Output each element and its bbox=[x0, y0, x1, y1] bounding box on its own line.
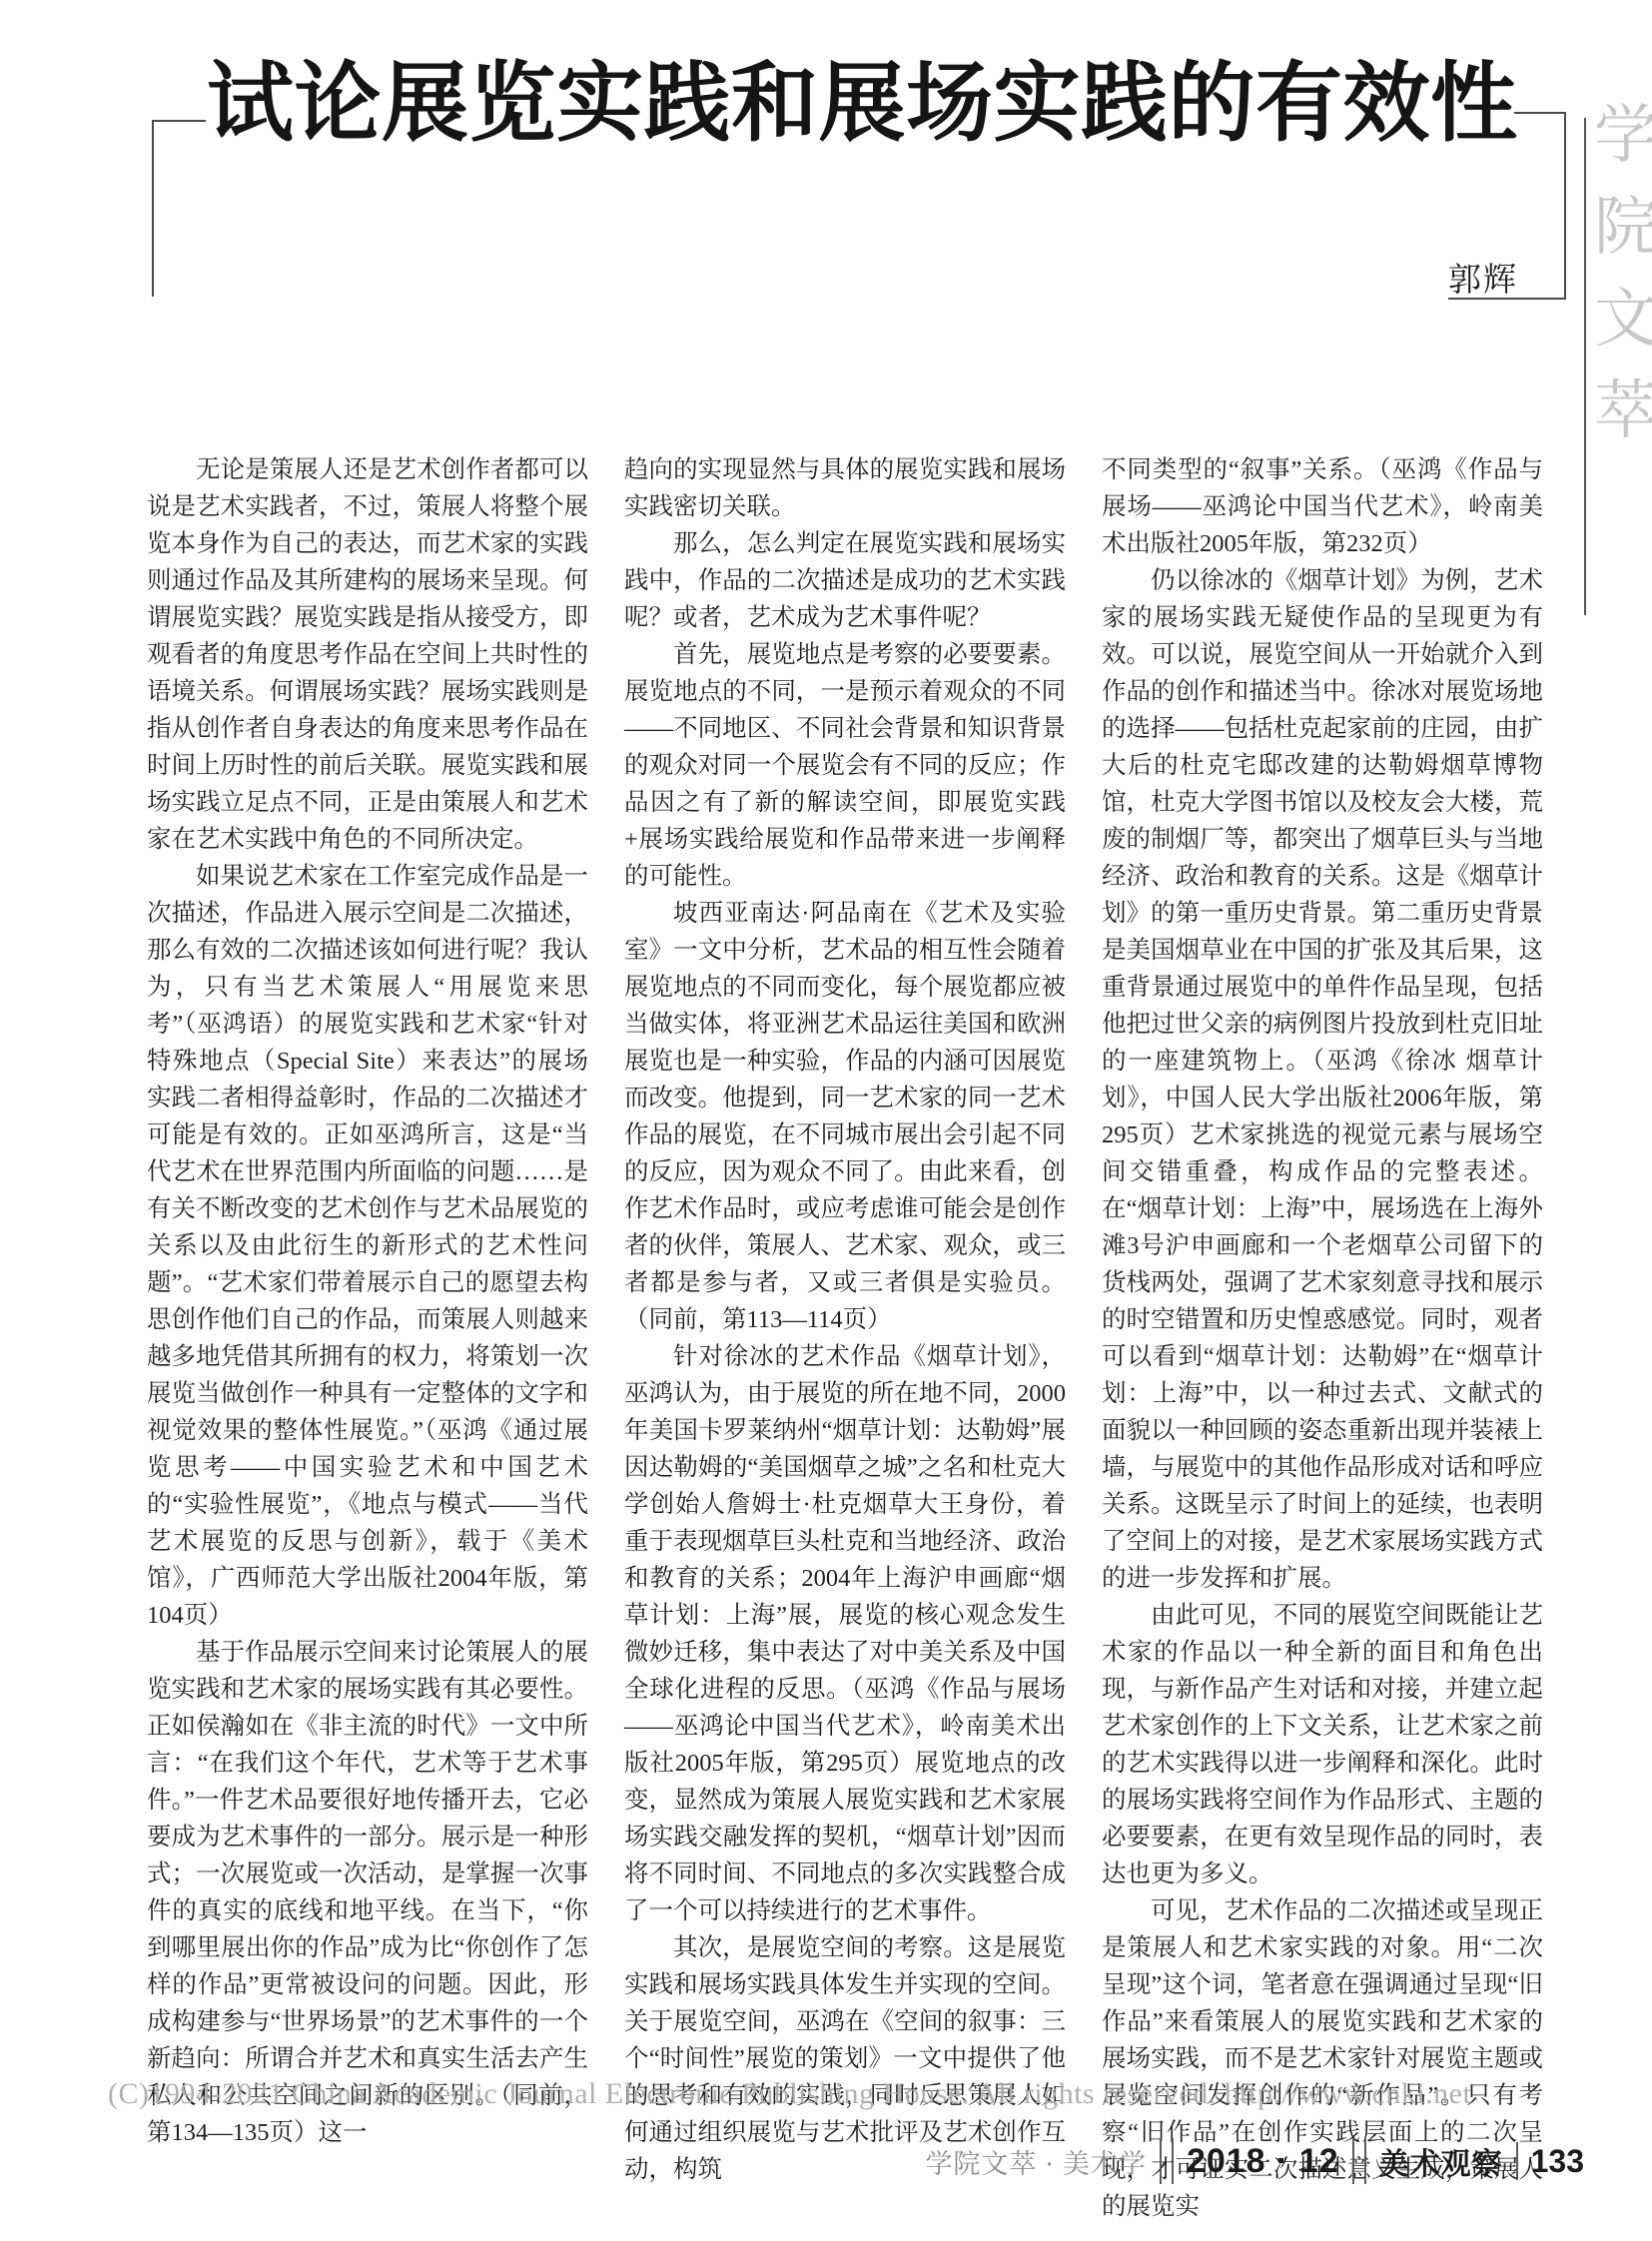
paragraph: 由此可见，不同的展览空间既能让艺术家的作品以一种全新的面目和角色出现，与新作品产… bbox=[1102, 1597, 1543, 1892]
paragraph: 如果说艺术家在工作室完成作品是一次描述，作品进入展示空间是二次描述，那么有效的二… bbox=[147, 858, 588, 1634]
paragraph: 坡西亚南达·阿品南在《艺术及实验室》一文中分析，艺术品的相互性会随着展览地点的不… bbox=[624, 895, 1066, 1338]
title-corner-bracket-right-top bbox=[1514, 112, 1564, 114]
paragraph: 那么，怎么判定在展览实践和展场实践中，作品的二次描述是成功的艺术实践呢？或者，艺… bbox=[624, 525, 1066, 636]
page-footer: 学院文萃 · 美术学 2018 · 12 美术观察 133 bbox=[925, 2135, 1584, 2187]
sidebar-divider-line bbox=[1584, 118, 1586, 615]
paragraph: 首先，展览地点是考察的必要要素。展览地点的不同，一是预示着观众的不同——不同地区… bbox=[624, 636, 1066, 895]
section-label-char: 学 bbox=[1594, 104, 1652, 168]
section-label-char: 萃 bbox=[1594, 379, 1652, 443]
journal-article-page: 试论展览实践和展场实践的有效性 郭辉 学院文萃 无论是策展人还是艺术创作者都可以… bbox=[0, 0, 1652, 2241]
text-column-2: 趋向的实现显然与具体的展览实践和展场实践密切关联。那么，怎么判定在展览实践和展场… bbox=[624, 451, 1066, 2188]
section-label-vertical: 学院文萃 bbox=[1594, 104, 1652, 443]
title-corner-bracket-left bbox=[152, 120, 206, 297]
paragraph: 基于作品展示空间来讨论策展人的展览实践和艺术家的展场实践有其必要性。正如侯瀚如在… bbox=[147, 1634, 588, 2151]
article-title: 试论展览实践和展场实践的有效性 bbox=[207, 50, 1518, 159]
footer-divider-bar bbox=[1516, 2142, 1518, 2180]
footer-issue-date: 2018 · 12 bbox=[1187, 2142, 1339, 2181]
footer-journal-name: 美术观察 bbox=[1379, 2139, 1503, 2183]
footer-page-number: 133 bbox=[1531, 2143, 1584, 2180]
paragraph: 不同类型的“叙事”关系。（巫鸿《作品与展场——巫鸿论中国当代艺术》，岭南美术出版… bbox=[1102, 451, 1543, 562]
footer-divider-bars bbox=[1352, 2138, 1366, 2184]
copyright-watermark: (C)1994-2021 China Academic Journal Elec… bbox=[108, 2077, 1586, 2111]
text-column-1: 无论是策展人还是艺术创作者都可以说是艺术实践者，不过，策展人将整个展览本身作为自… bbox=[147, 451, 588, 2151]
text-column-3: 不同类型的“叙事”关系。（巫鸿《作品与展场——巫鸿论中国当代艺术》，岭南美术出版… bbox=[1102, 451, 1543, 2225]
title-corner-bracket-right-vertical bbox=[1564, 112, 1566, 300]
footer-divider-bars bbox=[1160, 2138, 1174, 2184]
footer-section-label: 学院文萃 · 美术学 bbox=[925, 2142, 1147, 2181]
paragraph: 针对徐冰的艺术作品《烟草计划》，巫鸿认为，由于展览的所在地不同，2000年美国卡… bbox=[624, 1338, 1066, 1929]
paragraph: 仍以徐冰的《烟草计划》为例，艺术家的展场实践无疑使作品的呈现更为有效。可以说，展… bbox=[1102, 562, 1543, 1597]
section-label-char: 院 bbox=[1594, 196, 1652, 260]
paragraph: 无论是策展人还是艺术创作者都可以说是艺术实践者，不过，策展人将整个展览本身作为自… bbox=[147, 451, 588, 858]
author-name: 郭辉 bbox=[1448, 254, 1518, 301]
paragraph: 趋向的实现显然与具体的展览实践和展场实践密切关联。 bbox=[624, 451, 1066, 525]
section-label-char: 文 bbox=[1594, 288, 1652, 352]
